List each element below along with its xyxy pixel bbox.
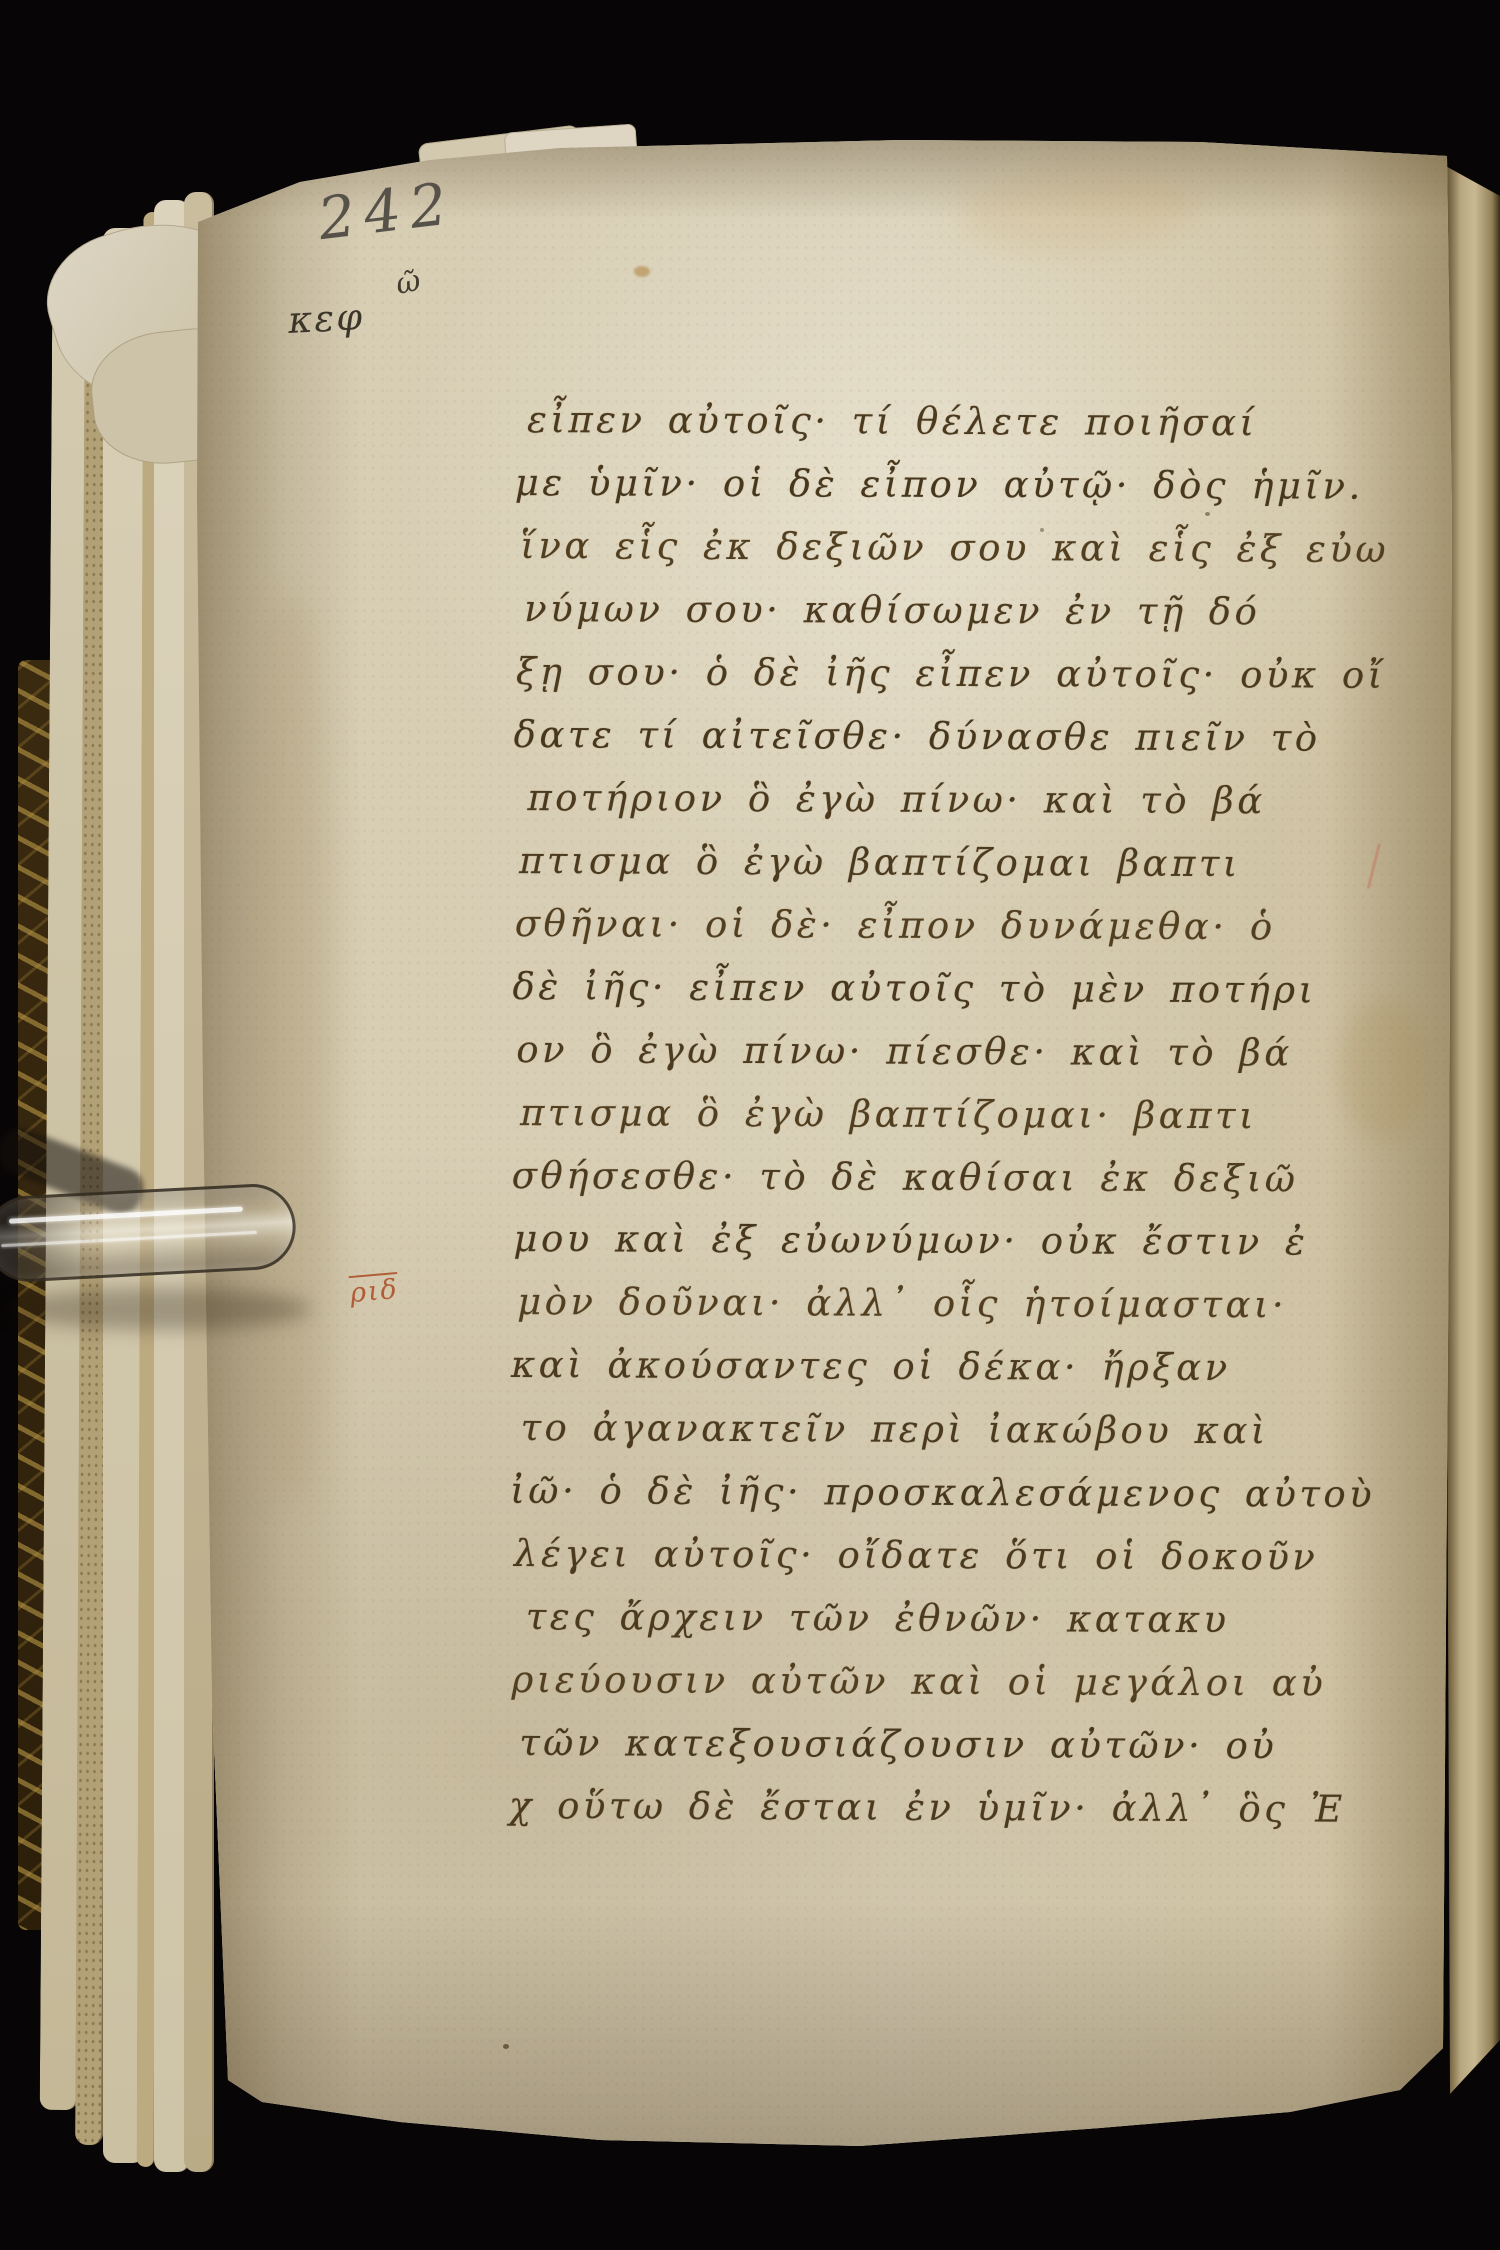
stain [634, 266, 650, 277]
manuscript-line: ποτήριον ὃ ἐγὼ πίνω· καὶ τὸ βά [527, 766, 1413, 833]
manuscript-line: δὲ ἰῆς· εἶπεν αὐτοῖς τὸ μὲν ποτήρι [512, 955, 1412, 1022]
manuscript-line: ἵνα εἷς ἐκ δεξιῶν σου καὶ εἷς ἐξ εὐω [520, 514, 1414, 581]
bottom-edge-shadow [0, 1900, 1500, 2250]
manuscript-line: πτισμα ὃ ἐγὼ βαπτίζομαι βαπτι [519, 829, 1413, 896]
manuscript-line: σθήσεσθε· τὸ δὲ καθίσαι ἐκ δεξιῶ [512, 1144, 1412, 1211]
manuscript-line: τῶν κατεξουσιάζουσιν αὐτῶν· οὐ [519, 1711, 1409, 1778]
text-block: εἶπεν αὐτοῖς· τί θέλετε ποιῆσαί με ὑμῖν·… [509, 388, 1415, 1841]
manuscript-line: χ οὕτω δὲ ἔσται ἐν ὑμῖν· ἀλλ᾽ ὃς Ἐ [509, 1774, 1409, 1841]
manuscript-line: το ἀγανακτεῖν περὶ ἰακώβου καὶ [520, 1396, 1410, 1463]
manuscript-line: ἰῶ· ὁ δὲ ἰῆς· προσκαλεσάμενος αὐτοὺ [510, 1459, 1410, 1526]
top-edge-shadow [0, 130, 1500, 220]
main-page: 242 ῶ κεφ ριδ εἶπεν αὐτοῖς· τί θέλετε πο… [0, 0, 1500, 2250]
ink-speck [503, 2044, 509, 2049]
manuscript-line: καὶ ἀκούσαντες οἱ δέκα· ἤρξαν [511, 1333, 1411, 1400]
manuscript-line: ον ὃ ἐγὼ πίνω· πίεσθε· καὶ τὸ βά [516, 1018, 1412, 1085]
page-number: 242 [315, 174, 459, 248]
stain [250, 600, 330, 1500]
manuscript-line: με ὑμῖν· οἱ δὲ εἶπον αὐτῷ· δὸς ἡμῖν. [515, 451, 1415, 518]
manuscript-line: ριεύουσιν αὐτῶν καὶ οἱ μεγάλοι αὐ [511, 1648, 1409, 1715]
glass-page-weight [0, 1182, 298, 1284]
manuscript-line: μὸν δοῦναι· ἀλλ᾽ οἷς ἡτοίμασται· [517, 1270, 1411, 1337]
quire-mark-kef: κεφ [287, 298, 365, 339]
manuscript-line: μου καὶ ἐξ εὐωνύμων· οὐκ ἔστιν ἐ [513, 1207, 1411, 1274]
rod-dark-reflection [0, 1194, 131, 1281]
manuscript-line: ξῃ σου· ὁ δὲ ἰῆς εἶπεν αὐτοῖς· οὐκ οἴ [516, 640, 1414, 707]
manuscript-line: δατε τί αἰτεῖσθε· δύνασθε πιεῖν τὸ [514, 703, 1414, 770]
manuscript-line: εἶπεν αὐτοῖς· τί θέλετε ποιῆσαί [527, 388, 1415, 455]
manuscript-line: λέγει αὐτοῖς· οἴδατε ὅτι οἱ δοκοῦν [514, 1522, 1410, 1589]
manuscript-line: τες ἄρχειν τῶν ἐθνῶν· κατακυ [526, 1585, 1410, 1652]
photo-background: { "photo": { "background_color": "#07050… [0, 0, 1500, 2250]
manuscript-line: σθῆναι· οἱ δὲ· εἶπον δυνάμεθα· ὁ [515, 892, 1413, 959]
chapter-number-rubric: ριδ [349, 1276, 400, 1307]
manuscript-line: πτισμα ὃ ἐγὼ βαπτίζομαι· βαπτι [520, 1081, 1412, 1148]
book: 242 ῶ κεφ ριδ εἶπεν αὐτοῖς· τί θέλετε πο… [0, 0, 1500, 2250]
manuscript-line: νύμων σου· καθίσωμεν ἐν τῇ δό [524, 577, 1414, 644]
rod-shadow [10, 1288, 310, 1330]
